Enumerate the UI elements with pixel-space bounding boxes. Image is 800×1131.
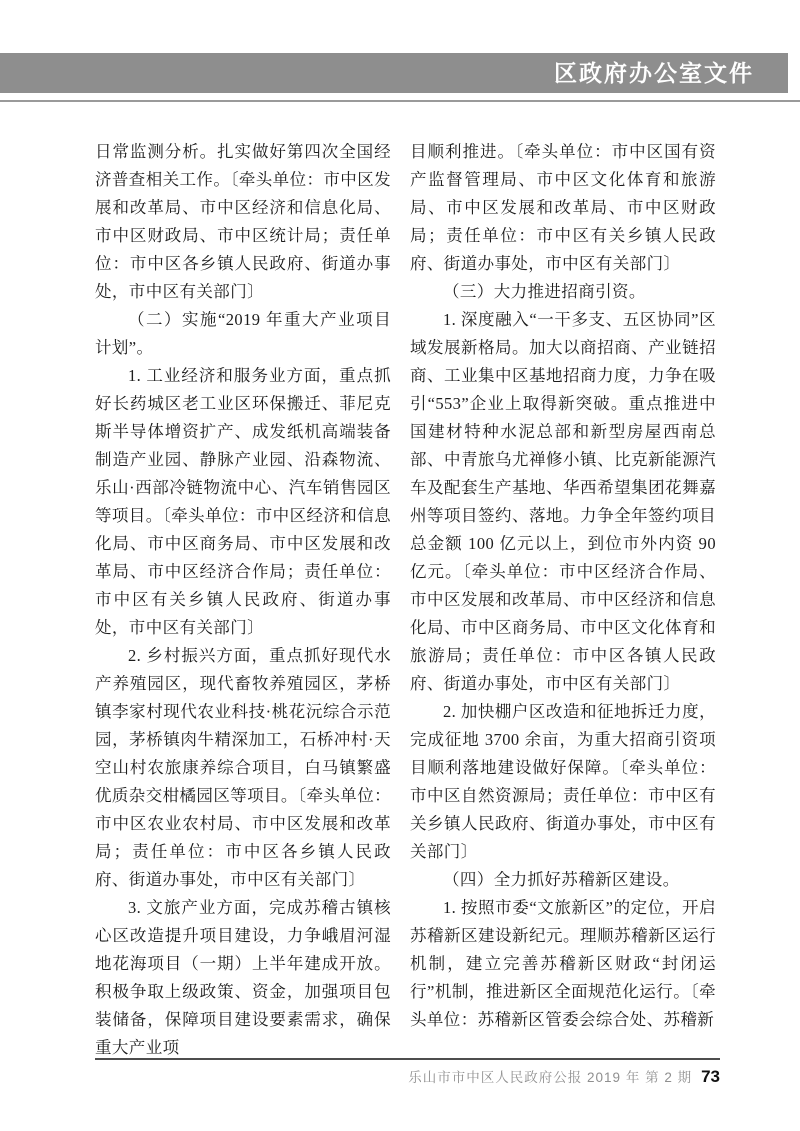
paragraph: 2. 加快棚户区改造和征地拆迁力度，完成征地 3700 余亩，为重大招商引资项目… <box>410 698 716 866</box>
paragraph: 3. 文旅产业方面，完成苏稽古镇核心区改造提升项目建设，力争峨眉河湿地花海项目（… <box>95 894 391 1062</box>
paragraph: （四）全力抓好苏稽新区建设。 <box>410 866 716 894</box>
paragraph: 2. 乡村振兴方面，重点抓好现代水产养殖园区，现代畜牧养殖园区，茅桥镇李家村现代… <box>95 642 391 894</box>
paragraph: 目顺利推进。〔牵头单位：市中区国有资产监督管理局、市中区文化体育和旅游局、市中区… <box>410 138 716 278</box>
right-column: 目顺利推进。〔牵头单位：市中区国有资产监督管理局、市中区文化体育和旅游局、市中区… <box>410 138 716 1034</box>
header-divider-line <box>0 100 800 102</box>
header-title: 区政府办公室文件 <box>554 62 788 85</box>
paragraph: （二）实施“2019 年重大产业项目计划”。 <box>95 306 391 362</box>
footer-publication-label: 乐山市市中区人民政府公报 2019 年 第 2 期 <box>408 1070 692 1085</box>
paragraph: （三）大力推进招商引资。 <box>410 278 716 306</box>
gazette-page: 区政府办公室文件 日常监测分析。扎实做好第四次全国经济普查相关工作。〔牵头单位：… <box>0 0 800 1131</box>
footer: 乐山市市中区人民政府公报 2019 年 第 2 期73 <box>95 1066 720 1087</box>
left-column: 日常监测分析。扎实做好第四次全国经济普查相关工作。〔牵头单位：市中区发展和改革局… <box>95 138 391 1062</box>
paragraph: 1. 按照市委“文旅新区”的定位，开启苏稽新区建设新纪元。理顺苏稽新区运行机制，… <box>410 894 716 1034</box>
header-banner: 区政府办公室文件 <box>0 53 788 93</box>
paragraph: 日常监测分析。扎实做好第四次全国经济普查相关工作。〔牵头单位：市中区发展和改革局… <box>95 138 391 306</box>
paragraph: 1. 工业经济和服务业方面，重点抓好长药城区老工业区环保搬迁、菲尼克斯半导体增资… <box>95 362 391 642</box>
footer-rule <box>95 1058 720 1060</box>
paragraph: 1. 深度融入“一干多支、五区协同”区域发展新格局。加大以商招商、产业链招商、工… <box>410 306 716 698</box>
footer-page-number: 73 <box>701 1067 720 1086</box>
